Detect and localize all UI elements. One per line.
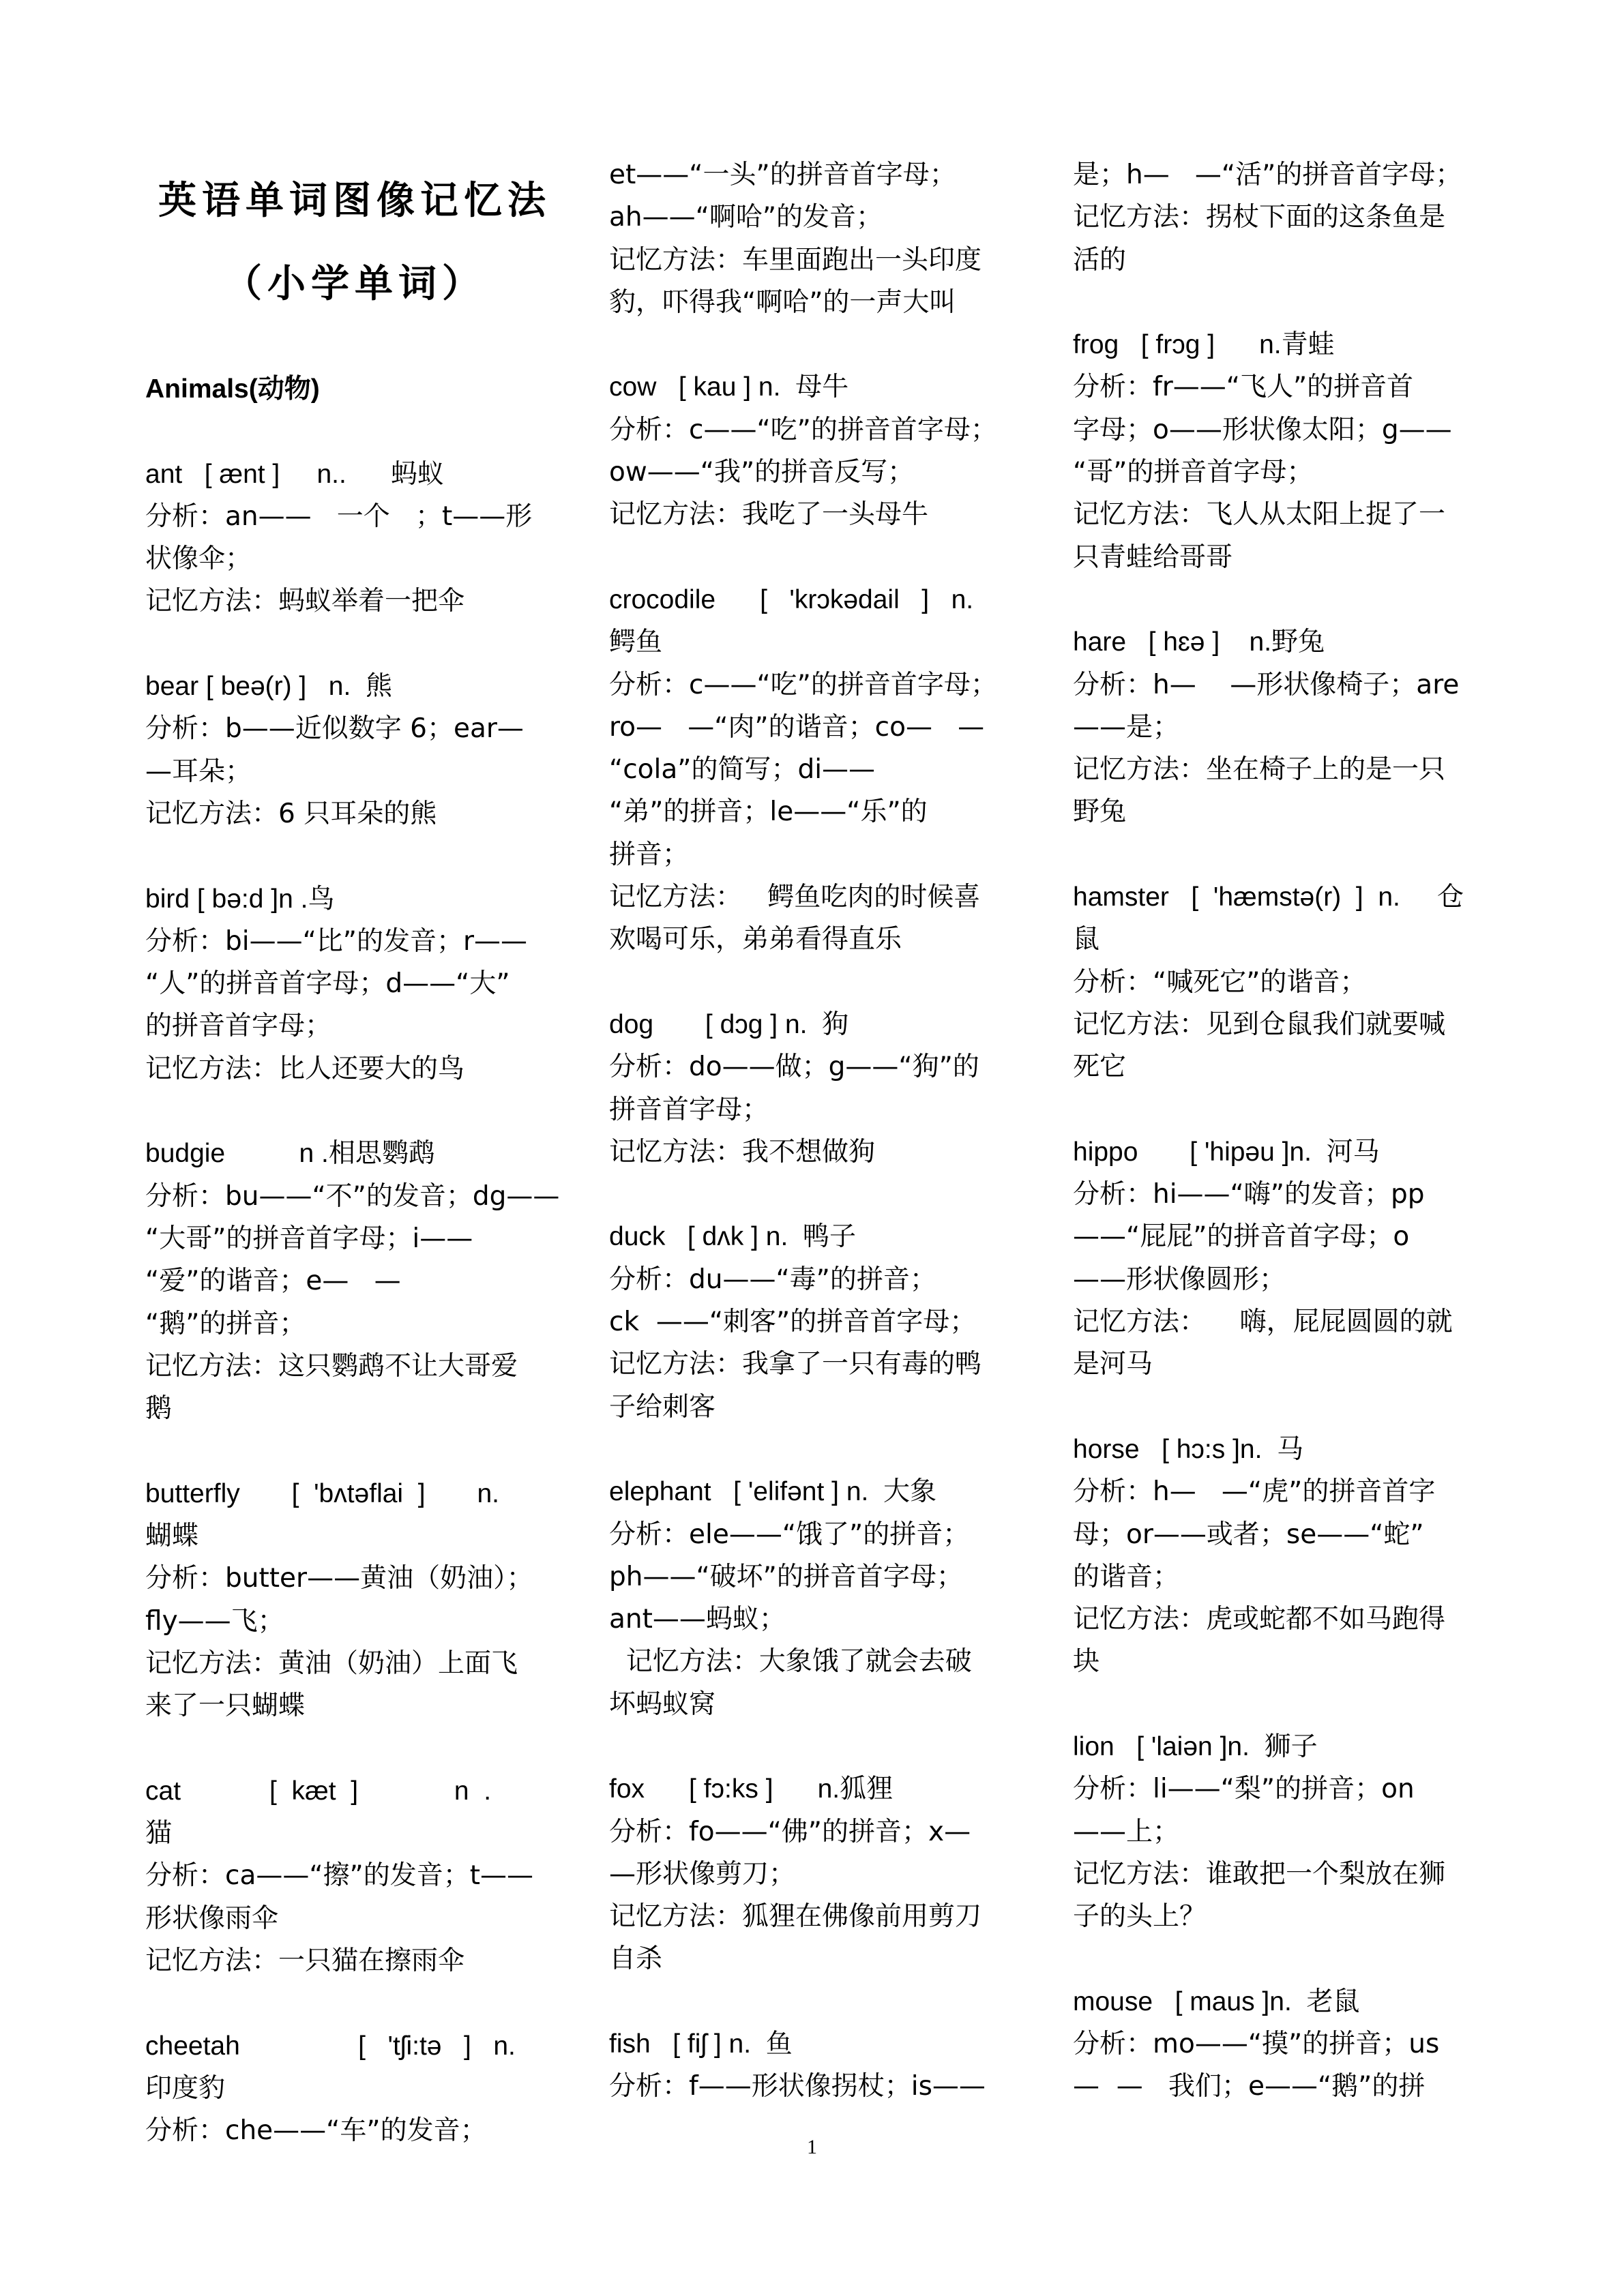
entry-text-line: 分析：c——“吃”的拼音首字母； [609,409,1046,451]
document-page: 英语单词图像记忆法 （小学单词） Animals(动物) ant [ ænt ]… [0,0,1624,2296]
vocab-entry-butterfly: butterfly [ 'bʌtəflai ] n.蝴蝶分析：butter——黄… [145,1473,582,1728]
entry-text-line: — — 我们；e——“鹅”的拼 [1073,2066,1509,2108]
entry-spacer [145,1728,582,1770]
entry-text-line: 自杀 [609,1938,1046,1980]
entry-headword-line: budgie n .相思鹦鹉 [145,1133,582,1175]
entry-text-line: “弟”的拼音；le——“乐”的 [609,791,1046,833]
entry-spacer [609,1429,1046,1471]
entry-spacer [609,1174,1046,1216]
entry-text-line: 只青蛙给哥哥 [1073,537,1509,579]
entry-text-line: fly——飞； [145,1600,582,1643]
entry-text-line: 记忆方法：这只鹦鹉不让大哥爱 [145,1345,582,1388]
entry-text-line: et——“一头”的拼音首字母； [609,154,1046,196]
entry-text-line: ——上； [1073,1811,1509,1853]
vocab-entry-duck: duck [ dʌk ] n. 鸭子分析：du——“毒”的拼音；ck ——“刺客… [609,1216,1046,1428]
entry-text-line: 记忆方法：6 只耳朵的熊 [145,793,582,835]
entry-spacer [609,324,1046,366]
entry-text-line: 记忆方法：狐狸在佛像前用剪刀 [609,1896,1046,1938]
entry-text-line: 分析：“喊死它”的谐音； [1073,961,1509,1004]
vocab-entry-frog: frog [ frɔg ] n.青蛙分析：fr——“飞人”的拼音首字母；o——形… [1073,324,1509,579]
entry-text-line: ow——“我”的拼音反写； [609,451,1046,494]
entry-text-line: 死它 [1073,1046,1509,1088]
entry-text-line: 分析：fo——“佛”的拼音；x— [609,1811,1046,1853]
text-column-2: et——“一头”的拼音首字母；ah——“啊哈”的发音；记忆方法：车里面跑出一头印… [609,154,1046,2108]
entry-text-line: 记忆方法：坐在椅子上的是一只 [1073,749,1509,791]
entry-spacer [1073,1089,1509,1131]
entry-text-line: “人”的拼音首字母；d——“大” [145,963,582,1005]
entry-text-line: 记忆方法：谁敢把一个梨放在狮 [1073,1853,1509,1896]
entry-text-line: 分析：an—— 一个 ；t——形 [145,496,582,538]
entry-spacer [1073,579,1509,621]
entry-headword-line: bird [ bə:d ]n .鸟 [145,878,582,921]
entry-text-line: ph——“破坏”的拼音首字母； [609,1556,1046,1598]
entry-spacer [1073,1938,1509,1980]
entry-headword-line: elephant [ 'elifənt ] n. 大象 [609,1471,1046,1513]
entry-text-line: “cola”的简写；di—— [609,749,1046,791]
entry-text-line: 分析：bu——“不”的发音；dg—— [145,1176,582,1218]
entry-text-line: ——是； [1073,706,1509,749]
entry-text-line: 拼音首字母； [609,1089,1046,1131]
entry-text-line: ——“屁屁”的拼音首字母；o [1073,1216,1509,1258]
entry-text-line: “爱”的谐音；e— — [145,1260,582,1302]
entry-headword-line: butterfly [ 'bʌtəflai ] n. [145,1473,582,1515]
entry-headword-line: dog [ dɔg ] n. 狗 [609,1004,1046,1046]
entry-text-line: 分析：mo——“摸”的拼音；us [1073,2023,1509,2066]
entry-text-line: 记忆方法：拐杖下面的这条鱼是 [1073,196,1509,239]
vocab-entry-ant: ant [ ænt ] n.. 蚂蚁分析：an—— 一个 ；t——形状像伞；记忆… [145,453,582,623]
entry-headword-line: duck [ dʌk ] n. 鸭子 [609,1216,1046,1258]
entry-text-line: 分析：fr——“飞人”的拼音首 [1073,366,1509,408]
vocab-entry-budgie: budgie n .相思鹦鹉分析：bu——“不”的发音；dg——“大哥”的拼音首… [145,1133,582,1430]
entry-text-line: 状像伞； [145,538,582,580]
entry-text-line: 记忆方法：见到仓鼠我们就要喊 [1073,1004,1509,1046]
vocab-entry-hare: hare [ hɛə ] n.野兔分析：h— —形状像椅子；are——是；记忆方… [1073,621,1509,833]
entry-text-line: 坏蚂蚁窝 [609,1684,1046,1726]
entry-spacer [609,1726,1046,1768]
entry-text-line: 记忆方法：比人还要大的鸟 [145,1048,582,1090]
entry-text-line: 记忆方法：大象饿了就会去破 [609,1641,1046,1683]
entry-text-line: 形状像雨伞 [145,1898,582,1940]
vocab-entry-mouse: mouse [ maus ]n. 老鼠分析：mo——“摸”的拼音；us— — 我… [1073,1981,1509,2108]
entry-text-line: 拼音； [609,834,1046,876]
entry-headword-line: crocodile [ 'krɔkədail ] n. [609,579,1046,621]
entry-headword-line: fox [ fɔ:ks ] n.狐狸 [609,1768,1046,1810]
entry-text-line: 记忆方法： 嗨，屁屁圆圆的就 [1073,1301,1509,1343]
document-subtitle: （小学单词） [136,254,573,308]
vocab-entry-cheetah-cont: et——“一头”的拼音首字母；ah——“啊哈”的发音；记忆方法：车里面跑出一头印… [609,154,1046,324]
entry-text-line: ck ——“刺客”的拼音首字母； [609,1301,1046,1343]
entry-text-line: —形状像剪刀； [609,1853,1046,1896]
entry-text-line: 记忆方法：蚂蚁举着一把伞 [145,580,582,623]
vocab-entry-dog: dog [ dɔg ] n. 狗分析：do——做；g——“狗”的拼音首字母；记忆… [609,1004,1046,1174]
entry-text-line: 野兔 [1073,791,1509,833]
vocab-entry-fish: fish [ fiʃ ] n. 鱼分析：f——形状像拐杖；is—— [609,2023,1046,2108]
entry-spacer [1073,834,1509,876]
text-column-1: Animals(动物) ant [ ænt ] n.. 蚂蚁分析：an—— 一个… [145,368,582,2152]
vocab-entry-lion: lion [ 'laiən ]n. 狮子分析：li——“梨”的拼音；on——上；… [1073,1726,1509,1938]
entry-text-line: ro— —“肉”的谐音；co— — [609,706,1046,749]
entry-text-line: 记忆方法：飞人从太阳上捉了一 [1073,494,1509,536]
entry-text-line: 分析：do——做；g——“狗”的 [609,1046,1046,1088]
entry-text-line: 记忆方法：我拿了一只有毒的鸭 [609,1343,1046,1386]
entry-text-line: ——形状像圆形； [1073,1259,1509,1301]
vocab-entry-hippo: hippo [ 'hipəu ]n. 河马分析：hi——“嗨”的发音；pp——“… [1073,1131,1509,1386]
entry-text-line: 分析：h— —“虎”的拼音首字 [1073,1471,1509,1513]
entry-text-line: 的谐音； [1073,1556,1509,1598]
entry-text-line: 分析：ele——“饿了”的拼音； [609,1514,1046,1556]
entry-headword-line: hare [ hɛə ] n.野兔 [1073,621,1509,664]
entry-spacer [609,1981,1046,2023]
entry-text-line: 记忆方法：一只猫在擦雨伞 [145,1940,582,1982]
entry-text-line: “大哥”的拼音首字母；i—— [145,1218,582,1260]
entry-spacer [1073,1386,1509,1429]
entry-spacer [145,1090,582,1133]
entry-spacer [1073,1684,1509,1726]
entry-text-line: 分析：f——形状像拐杖；is—— [609,2066,1046,2108]
text-column-3: 是；h— —“活”的拼音首字母；记忆方法：拐杖下面的这条鱼是活的frog [ f… [1073,154,1509,2108]
entry-text-line: 分析：c——“吃”的拼音首字母； [609,664,1046,706]
entry-spacer [145,835,582,878]
entry-text-line: 是河马 [1073,1343,1509,1386]
vocab-entry-fish-cont: 是；h— —“活”的拼音首字母；记忆方法：拐杖下面的这条鱼是活的 [1073,154,1509,282]
entry-text-line: 活的 [1073,239,1509,282]
entry-spacer [609,537,1046,579]
entry-text-line: 印度豹 [145,2068,582,2110]
vocab-entry-cheetah: cheetah [ 'tʃi:tə ] n.印度豹分析：che——“车”的发音； [145,2025,582,2153]
vocab-entry-elephant: elephant [ 'elifənt ] n. 大象分析：ele——“饿了”的… [609,1471,1046,1726]
vocab-entry-bear: bear [ beə(r) ] n. 熊分析：b——近似数字 6；ear——耳朵… [145,666,582,835]
entry-text-line: 记忆方法：我吃了一头母牛 [609,494,1046,536]
entry-text-line: 鹅 [145,1388,582,1430]
entry-text-line: 分析：butter——黄油（奶油）； [145,1557,582,1600]
entry-headword-line: cat [ kæt ] n . [145,1770,582,1813]
entry-text-line: 蝴蝶 [145,1515,582,1557]
entry-text-line: 记忆方法：车里面跑出一头印度 [609,239,1046,282]
entry-text-line: 鳄鱼 [609,621,1046,664]
vocab-entry-fox: fox [ fɔ:ks ] n.狐狸分析：fo——“佛”的拼音；x——形状像剪刀… [609,1768,1046,1980]
vocab-entry-hamster: hamster [ 'hæmstə(r) ] n. 仓鼠分析：“喊死它”的谐音；… [1073,876,1509,1088]
entry-text-line: 分析：li——“梨”的拼音；on [1073,1768,1509,1810]
entry-text-line: 记忆方法： 鳄鱼吃肉的时候喜 [609,876,1046,919]
entry-text-line: 分析：h— —形状像椅子；are [1073,664,1509,706]
entry-headword-line: frog [ frɔg ] n.青蛙 [1073,324,1509,366]
entry-spacer [145,1430,582,1472]
entry-text-line: 是；h— —“活”的拼音首字母； [1073,154,1509,196]
entry-text-line: —耳朵； [145,751,582,793]
entry-spacer [145,1982,582,2025]
entry-headword-line: hippo [ 'hipəu ]n. 河马 [1073,1131,1509,1174]
entry-text-line: 鼠 [1073,919,1509,961]
entry-headword-line: fish [ fiʃ ] n. 鱼 [609,2023,1046,2066]
section-heading: Animals(动物) [145,368,582,411]
entry-text-line: “哥”的拼音首字母； [1073,451,1509,494]
entry-text-line: 的拼音首字母； [145,1005,582,1047]
entry-text-line: 分析：hi——“嗨”的发音；pp [1073,1174,1509,1216]
entry-text-line: 记忆方法：虎或蛇都不如马跑得 [1073,1598,1509,1641]
entry-text-line: 分析：b——近似数字 6；ear— [145,708,582,750]
entry-text-line: 分析：ca——“擦”的发音；t—— [145,1855,582,1897]
entry-text-line: 子给刺客 [609,1386,1046,1429]
entry-headword-line: ant [ ænt ] n.. 蚂蚁 [145,453,582,496]
vocab-entry-horse: horse [ hɔ:s ]n. 马分析：h— —“虎”的拼音首字母；or——或… [1073,1429,1509,1684]
entry-text-line: “鹅”的拼音； [145,1303,582,1345]
entry-text-line: 字母；o——形状像太阳；g—— [1073,409,1509,451]
entry-spacer [609,961,1046,1004]
page-number: 1 [0,2136,1624,2159]
document-title: 英语单词图像记忆法 [136,170,573,225]
entry-headword-line: bear [ beə(r) ] n. 熊 [145,666,582,708]
entry-headword-line: lion [ 'laiən ]n. 狮子 [1073,1726,1509,1768]
entry-text-line: 分析：du——“毒”的拼音； [609,1259,1046,1301]
entry-headword-line: hamster [ 'hæmstə(r) ] n. 仓 [1073,876,1509,919]
entry-headword-line: cheetah [ 'tʃi:tə ] n. [145,2025,582,2068]
entry-headword-line: horse [ hɔ:s ]n. 马 [1073,1429,1509,1471]
entry-spacer [1073,282,1509,324]
entry-text-line: 分析：bi——“比”的发音；r—— [145,921,582,963]
entry-text-line: 记忆方法：黄油（奶油）上面飞 [145,1643,582,1685]
entry-text-line: 来了一只蝴蝶 [145,1685,582,1727]
entry-spacer [145,623,582,666]
entry-text-line: 块 [1073,1641,1509,1683]
entry-text-line: ah——“啊哈”的发音； [609,196,1046,239]
entry-spacer [145,411,582,453]
entry-text-line: 猫 [145,1813,582,1855]
entry-text-line: 记忆方法：我不想做狗 [609,1131,1046,1174]
entry-headword-line: cow [ kau ] n. 母牛 [609,366,1046,408]
entry-text-line: 欢喝可乐，弟弟看得直乐 [609,919,1046,961]
entry-text-line: 豹，吓得我“啊哈”的一声大叫 [609,282,1046,324]
vocab-entry-cat: cat [ kæt ] n .猫分析：ca——“擦”的发音；t——形状像雨伞记忆… [145,1770,582,1982]
entry-headword-line: mouse [ maus ]n. 老鼠 [1073,1981,1509,2023]
vocab-entry-cow: cow [ kau ] n. 母牛分析：c——“吃”的拼音首字母；ow——“我”… [609,366,1046,536]
entry-text-line: 母；or——或者；se——“蛇” [1073,1514,1509,1556]
entry-text-line: 子的头上？ [1073,1896,1509,1938]
vocab-entry-bird: bird [ bə:d ]n .鸟分析：bi——“比”的发音；r——“人”的拼音… [145,878,582,1090]
vocab-entry-crocodile: crocodile [ 'krɔkədail ] n.鳄鱼分析：c——“吃”的拼… [609,579,1046,961]
entry-text-line: ant——蚂蚁； [609,1598,1046,1641]
